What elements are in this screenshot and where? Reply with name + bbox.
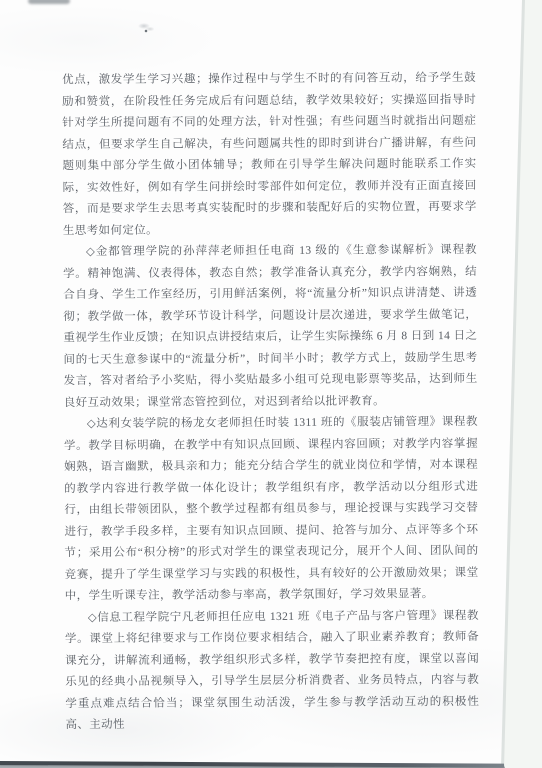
document-body: 优点，激发学生学习兴趣；操作过程中与学生不时的有问答互动，给予学生鼓励和赞赏，在… (62, 68, 479, 737)
paragraph-teacher-ning-fan: ◇信息工程学院宁凡老师担任应电 1321 班《电子产品与客户管理》课程教学。课堂… (65, 605, 480, 736)
faint-mark-artifact (136, 22, 154, 34)
scanned-page: 优点，激发学生学习兴趣；操作过程中与学生不时的有问答互动，给予学生鼓励和赞赏，在… (0, 0, 542, 768)
scan-smudge-artifact (28, 0, 70, 4)
paragraph-teacher-yang-longnv: ◇达利女装学院的杨龙女老师担任时装 1311 班的《服装店铺管理》课程教学。教学… (64, 412, 479, 608)
paragraph-teacher-sun-pingping: ◇金都管理学院的孙萍萍老师担任电商 13 级的《生意参谋解析》课程教学。精神饱满… (63, 240, 478, 414)
paragraph-continuation: 优点，激发学生学习兴趣；操作过程中与学生不时的有问答互动，给予学生鼓励和赞赏，在… (62, 68, 477, 242)
